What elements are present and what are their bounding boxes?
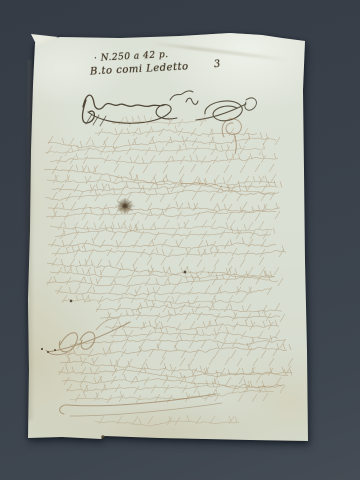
left-edge-shade: [28, 60, 34, 420]
inscription-side-mark: 3: [213, 59, 221, 71]
manuscript-page: [26, 31, 310, 443]
manuscript-photograph: · N.250 a 42 p. B.to comi Ledetto 3: [0, 0, 360, 480]
